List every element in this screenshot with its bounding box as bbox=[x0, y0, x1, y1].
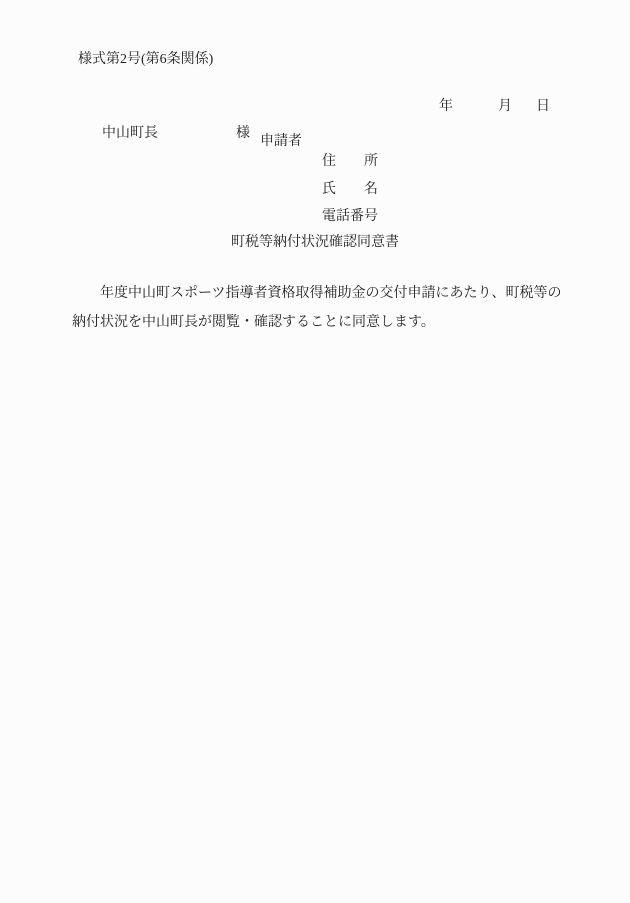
date-month-label: 月 bbox=[498, 99, 512, 114]
addressee-line: 中山町長様 bbox=[88, 104, 250, 163]
date-line: 年月日 bbox=[425, 77, 550, 136]
addressee-honorific: 様 bbox=[236, 126, 250, 141]
addressee-name: 中山町長 bbox=[102, 126, 158, 141]
phone-field-label: 電話番号 bbox=[322, 207, 378, 227]
form-number: 様式第2号(第6条関係) bbox=[78, 50, 213, 70]
date-day-label: 日 bbox=[536, 99, 550, 114]
document-page: 様式第2号(第6条関係) 年月日 中山町長様 申請者 住 所 氏 名 電話番号 … bbox=[0, 0, 630, 903]
document-title: 町税等納付状況確認同意書 bbox=[0, 233, 630, 253]
applicant-label: 申請者 bbox=[260, 132, 302, 152]
date-year-label: 年 bbox=[439, 99, 453, 114]
consent-body-paragraph: 年度中山町スポーツ指導者資格取得補助金の交付申請にあたり、町税等の納付状況を中山… bbox=[72, 280, 566, 337]
